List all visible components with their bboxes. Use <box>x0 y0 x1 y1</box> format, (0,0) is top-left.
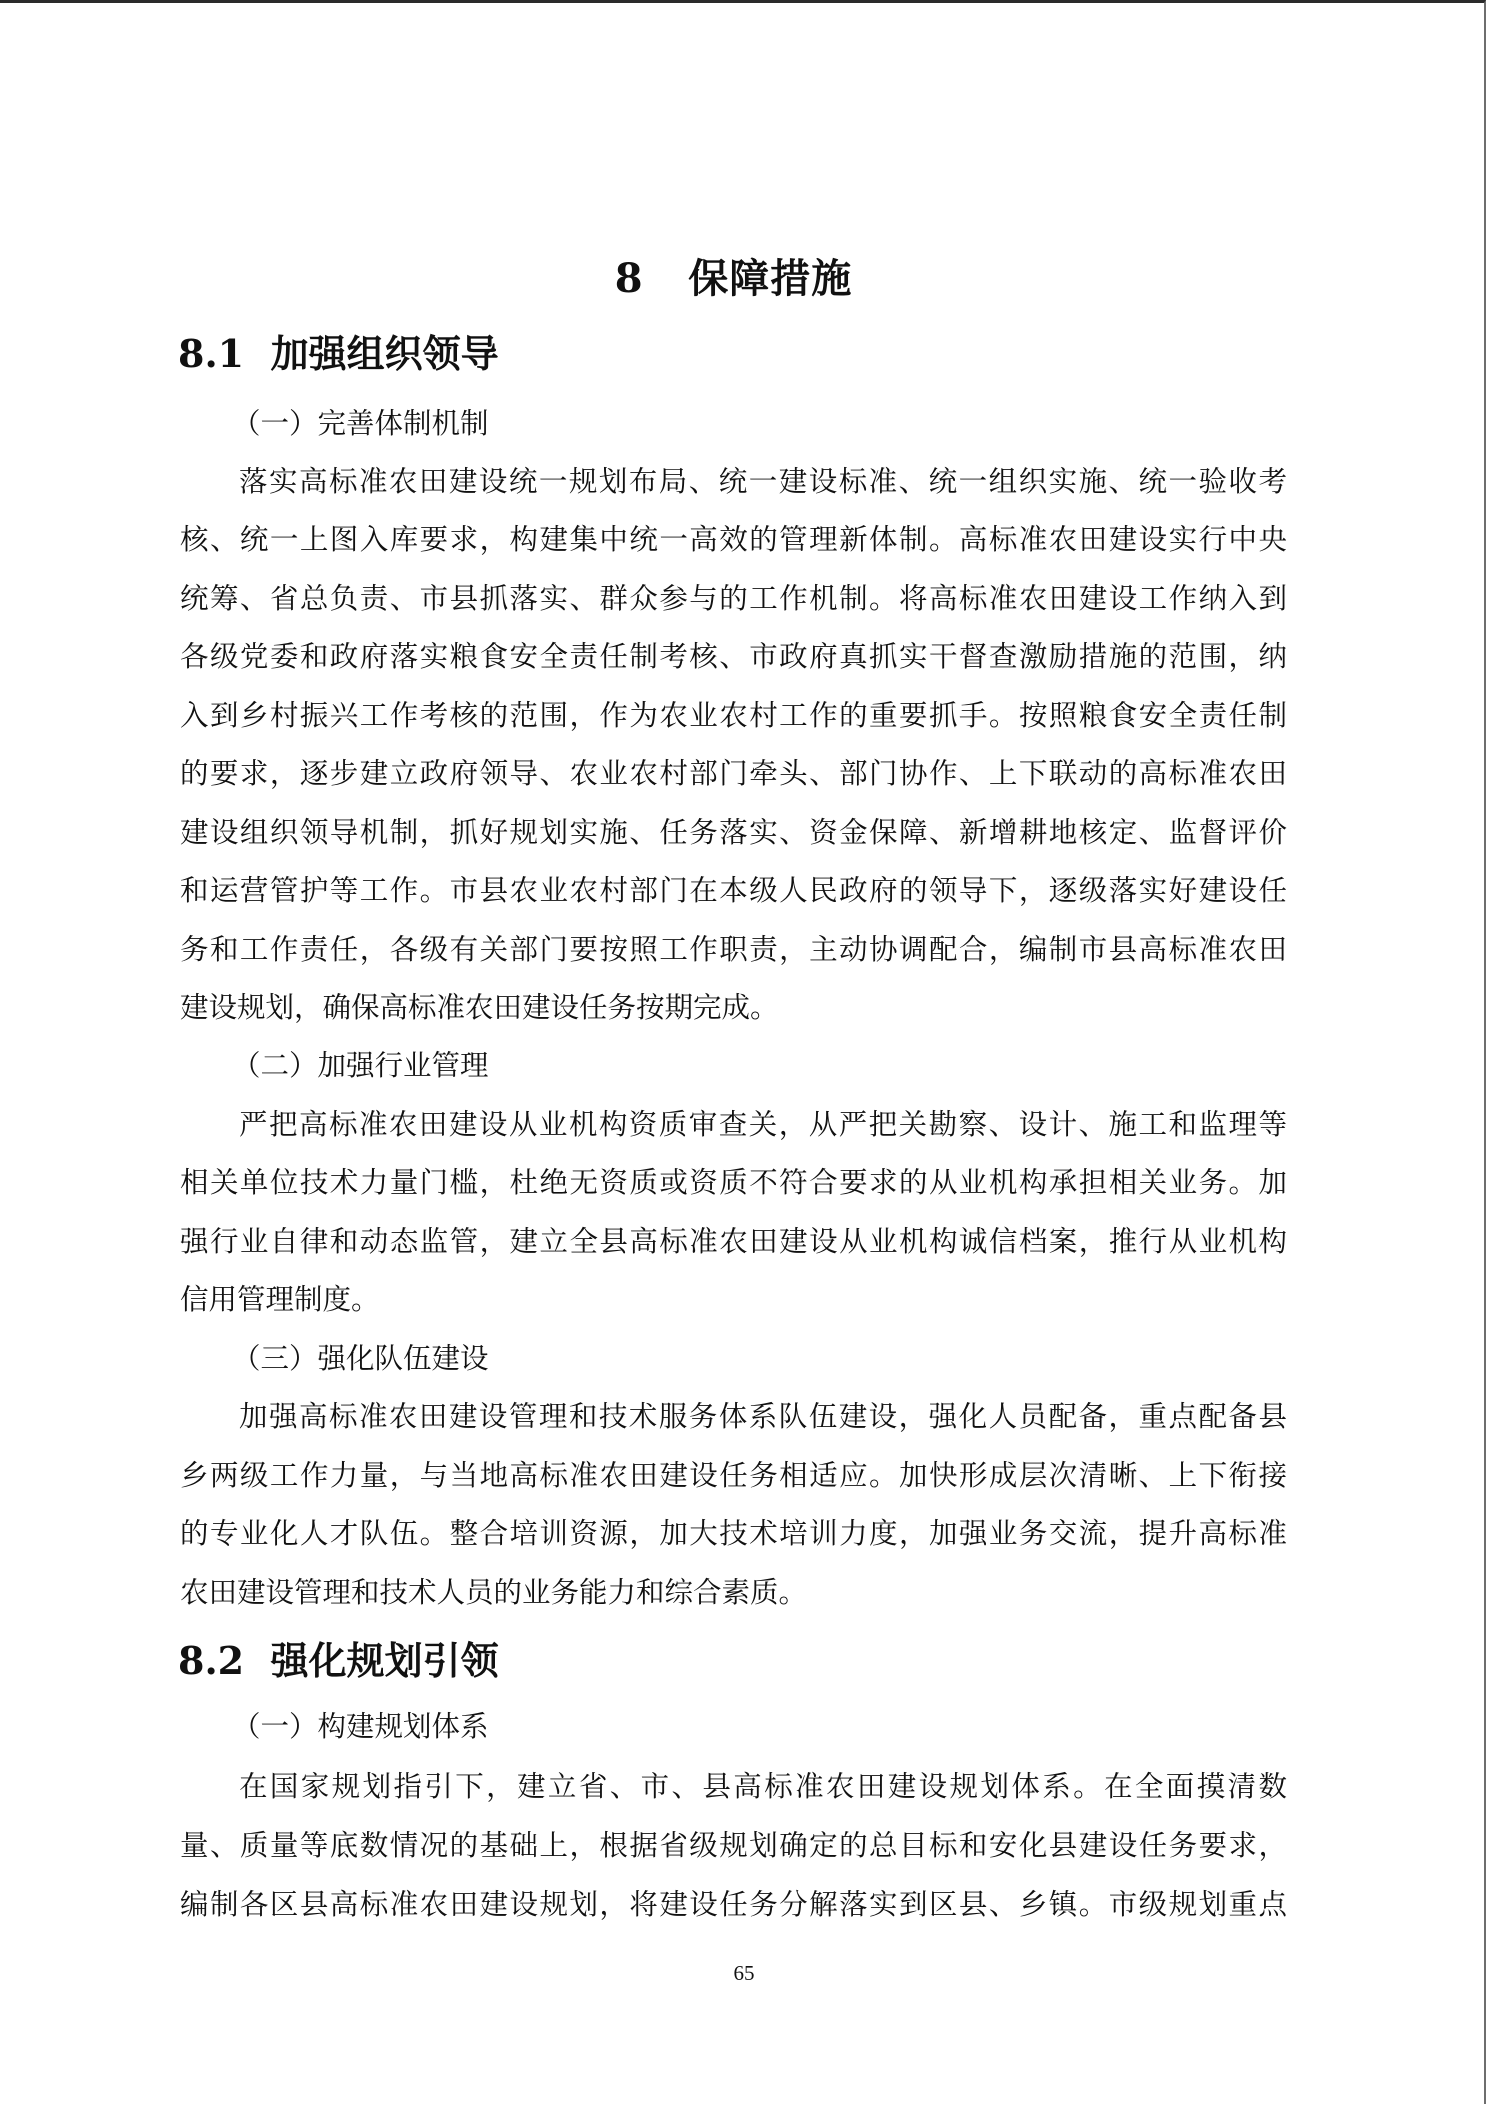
paragraph-line: 强行业自律和动态监管，建立全县高标准农田建设从业机构诚信档案，推行从业机构 <box>180 1222 1287 1262</box>
paragraph-line: 相关单位技术力量门槛，杜绝无资质或资质不符合要求的从业机构承担相关业务。加 <box>180 1163 1287 1203</box>
paragraph-line: 落实高标准农田建设统一规划布局、统一建设标准、统一组织实施、统一验收考 <box>239 462 1287 502</box>
paragraph-line: 务和工作责任，各级有关部门要按照工作职责，主动协调配合，编制市县高标准农田 <box>180 930 1287 970</box>
paragraph-line: 编制各区县高标准农田建设规划，将建设任务分解落实到区县、乡镇。市级规划重点 <box>180 1885 1287 1925</box>
subsection-heading: （三）强化队伍建设 <box>232 1339 489 1379</box>
paragraph-line: 各级党委和政府落实粮食安全责任制考核、市政府真抓实干督查激励措施的范围，纳 <box>180 637 1287 677</box>
paragraph-line: 农田建设管理和技术人员的业务能力和综合素质。 <box>180 1573 1287 1613</box>
paragraph-line: 的要求，逐步建立政府领导、农业农村部门牵头、部门协作、上下联动的高标准农田 <box>180 754 1287 794</box>
paragraph-line: 核、统一上图入库要求，构建集中统一高效的管理新体制。高标准农田建设实行中央 <box>180 520 1287 560</box>
paragraph-line: 建设规划，确保高标准农田建设任务按期完成。 <box>180 988 1287 1028</box>
subsection-heading: （二）加强行业管理 <box>232 1046 489 1086</box>
paragraph-line: 入到乡村振兴工作考核的范围，作为农业农村工作的重要抓手。按照粮食安全责任制 <box>180 696 1287 736</box>
paragraph-line: 的专业化人才队伍。整合培训资源，加大技术培训力度，加强业务交流，提升高标准 <box>180 1514 1287 1554</box>
paragraph-line: 信用管理制度。 <box>180 1280 1287 1320</box>
paragraph-line: 量、质量等底数情况的基础上，根据省级规划确定的总目标和安化县建设任务要求， <box>180 1826 1287 1866</box>
section-heading-8-2: 8.2 强化规划引领 <box>178 1634 499 1688</box>
document-page: 8 保障措施 8.1 加强组织领导 （一）完善体制机制 落实高标准农田建设统一规… <box>0 0 1486 2104</box>
paragraph-line: 和运营管护等工作。市县农业农村部门在本级人民政府的领导下，逐级落实好建设任 <box>180 871 1287 911</box>
subsection-heading: （一）构建规划体系 <box>232 1707 489 1747</box>
paragraph-line: 加强高标准农田建设管理和技术服务体系队伍建设，强化人员配备，重点配备县 <box>239 1397 1287 1437</box>
paragraph-line: 严把高标准农田建设从业机构资质审查关，从严把关勘察、设计、施工和监理等 <box>239 1105 1287 1145</box>
paragraph-line: 在国家规划指引下，建立省、市、县高标准农田建设规划体系。在全面摸清数 <box>239 1767 1287 1807</box>
section-heading-8-1: 8.1 加强组织领导 <box>178 327 499 381</box>
chapter-title: 8 保障措施 <box>180 251 1287 307</box>
paragraph-line: 乡两级工作力量，与当地高标准农田建设任务相适应。加快形成层次清晰、上下衔接 <box>180 1456 1287 1496</box>
subsection-heading: （一）完善体制机制 <box>232 404 489 444</box>
page-number: 65 <box>704 1961 784 1986</box>
paragraph-line: 统筹、省总负责、市县抓落实、群众参与的工作机制。将高标准农田建设工作纳入到 <box>180 579 1287 619</box>
paragraph-line: 建设组织领导机制，抓好规划实施、任务落实、资金保障、新增耕地核定、监督评价 <box>180 813 1287 853</box>
